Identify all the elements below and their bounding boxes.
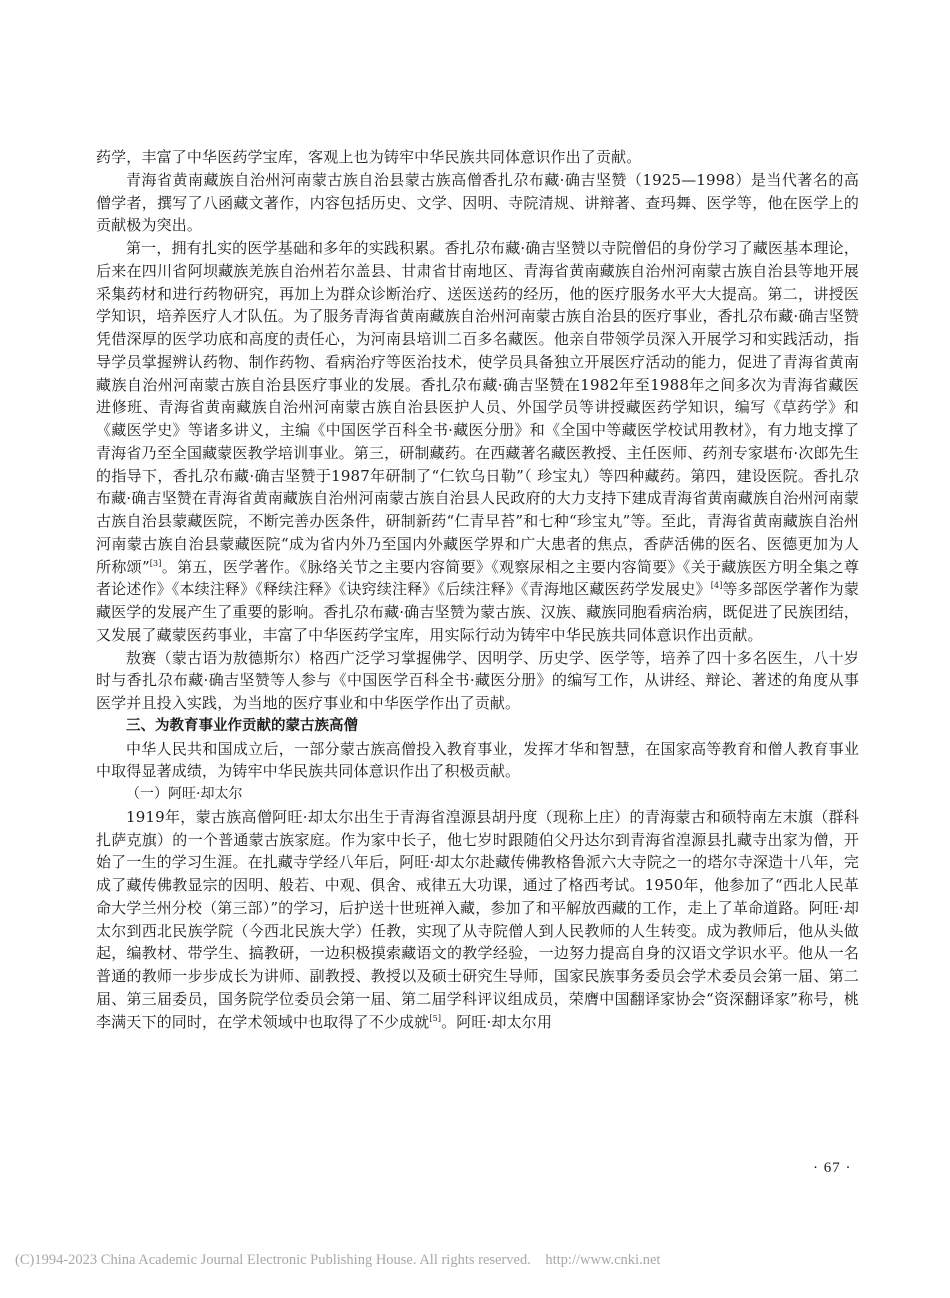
- citation-3[interactable]: [3]: [150, 559, 162, 568]
- subsection-heading: （一）阿旺·却太尔: [96, 783, 859, 806]
- text-segment: 。阿旺·却太尔用: [441, 1013, 552, 1031]
- paragraph-xiangsa-intro: 青海省黄南藏族自治州河南蒙古族自治县蒙古族高僧香扎尕布藏·确吉坚赞（1925—1…: [96, 169, 859, 237]
- paragraph-aosai: 敖赛（蒙古语为敖德斯尔）格西广泛学习掌握佛学、因明学、历史学、医学等，培养了四十…: [96, 647, 859, 715]
- citation-5[interactable]: [5]: [429, 1014, 441, 1023]
- page-number: · 67 ·: [813, 1160, 852, 1177]
- text-segment: 1919年，蒙古族高僧阿旺·却太尔出生于青海省湟源县胡丹度（现称上庄）的青海蒙古…: [96, 808, 859, 1031]
- article-body: 药学，丰富了中华医药学宝库，客观上也为铸牢中华民族共同体意识作出了贡献。 青海省…: [96, 146, 859, 1033]
- paragraph-xiangsa-contributions: 第一，拥有扎实的医学基础和多年的实践积累。香扎尕布藏·确吉坚赞以寺院僧侣的身份学…: [96, 237, 859, 647]
- copyright-footer: (C)1994-2023 China Academic Journal Elec…: [15, 1252, 660, 1269]
- section-heading: 三、为教育事业作贡献的蒙古族高僧: [96, 715, 859, 738]
- text-segment: 第一，拥有扎实的医学基础和多年的实践积累。香扎尕布藏·确吉坚赞以寺院僧侣的身份学…: [96, 239, 859, 576]
- paragraph-continuation: 药学，丰富了中华医药学宝库，客观上也为铸牢中华民族共同体意识作出了贡献。: [96, 146, 859, 169]
- paragraph-education-intro: 中华人民共和国成立后，一部分蒙古族高僧投入教育事业，发挥才华和智慧，在国家高等教…: [96, 738, 859, 784]
- paragraph-awang-biography: 1919年，蒙古族高僧阿旺·却太尔出生于青海省湟源县胡丹度（现称上庄）的青海蒙古…: [96, 806, 859, 1034]
- citation-4[interactable]: [4]: [711, 581, 723, 590]
